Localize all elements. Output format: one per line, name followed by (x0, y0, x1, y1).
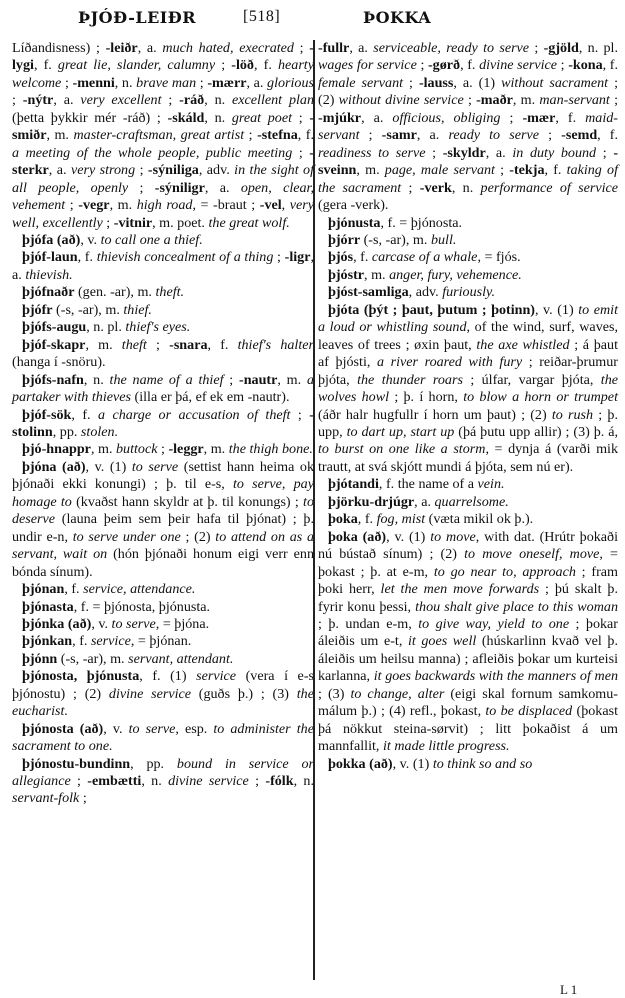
entry-text: , f. (78, 249, 97, 265)
entry-text: ; (425, 145, 442, 161)
entry-text: ; (557, 57, 568, 73)
definition: divine service (109, 686, 191, 702)
entry-text: , m. (110, 197, 137, 213)
entry-text: (-s, -ar), m. (360, 232, 431, 248)
headword: -semd (561, 127, 597, 143)
definition: bull. (431, 232, 456, 248)
entry-text: , a. (414, 494, 434, 510)
entry-text: , f. (64, 581, 83, 597)
headword: -mærr (207, 75, 246, 91)
definition: officious, obliging (392, 110, 500, 126)
entry-text: , m. (91, 441, 116, 457)
headword: þjónasta (22, 599, 74, 615)
entry-text: ; (3) (318, 686, 350, 702)
entry-text: ; (273, 249, 284, 265)
headword: þjófnaðr (22, 284, 74, 300)
definition: master-craftsman, great artist (73, 127, 244, 143)
entry-text: , f. (298, 127, 314, 143)
entry-text: (-s, -ar), m. (57, 651, 128, 667)
entry-text: (-s, -ar), m. (53, 302, 124, 318)
headword: þjónn (22, 651, 57, 667)
definition: anger, fury, vehemence. (389, 267, 522, 283)
entry-text: ; (539, 127, 561, 143)
definition: without divine service (339, 92, 464, 108)
definition: the name of a thief (110, 372, 224, 388)
entry-text: ; (403, 75, 419, 91)
headword: þjófs-augu (22, 319, 86, 335)
headword: -mjúkr (318, 110, 361, 126)
entry-text: ; (610, 92, 618, 108)
entry-text: ; (135, 162, 148, 178)
dictionary-entry: þjóstr, m. anger, fury, vehemence. (318, 267, 618, 284)
definition: a charge or accusation of theft (98, 407, 291, 423)
definition: thief's halter (238, 337, 314, 353)
headword: þjófs-nafn (22, 372, 84, 388)
definition: thief's eyes. (125, 319, 190, 335)
headword: -leggr (168, 441, 203, 457)
definition: to serve (129, 721, 176, 737)
definition: without sacrament (501, 75, 608, 91)
entry-text: ; (401, 180, 420, 196)
headword: -samr (382, 127, 417, 143)
definition: thievish. (25, 267, 72, 283)
entry-text: , = þjónan. (131, 633, 191, 649)
definition: to serve under one (73, 529, 181, 545)
definition: to move oneself, move (464, 546, 599, 562)
definition: servant, attendant. (128, 651, 233, 667)
dictionary-entry: þjónn (-s, -ar), m. servant, attendant. (12, 651, 314, 668)
dictionary-entry: þjóna (að), v. (1) to serve (settist han… (12, 459, 314, 581)
entry-text: , a. (1) (453, 75, 501, 91)
entry-text: , n. pl. (579, 40, 618, 56)
entry-text: , a. (417, 127, 449, 143)
dictionary-entry: þjóf-sök, f. a charge or accusation of t… (12, 407, 314, 442)
definition: stolen. (81, 424, 118, 440)
definition: to burst on one like a storm (318, 441, 485, 457)
entry-text: ; (157, 441, 168, 457)
entry-text: , a. (349, 40, 373, 56)
definition: to be displaced (485, 703, 572, 719)
headword: -nautr (239, 372, 277, 388)
definition: high road (137, 197, 193, 213)
definition: brave man (136, 75, 196, 91)
entry-text: ; (360, 127, 382, 143)
headword: -vegr (78, 197, 109, 213)
entry-text: , f. (603, 57, 618, 73)
dictionary-entry: þjónosta (að), v. to serve, esp. to admi… (12, 721, 314, 756)
entry-text: , f. (72, 633, 91, 649)
headword: -ligr (285, 249, 311, 265)
definition: to change, alter (350, 686, 444, 702)
dictionary-entry: þjóf-laun, f. thievish concealment of a … (12, 249, 314, 284)
dictionary-entry: þjófs-augu, n. pl. thief's eyes. (12, 319, 314, 336)
entry-text: ; (249, 773, 266, 789)
definition: excellent plan (232, 92, 314, 108)
entry-text: , n. (84, 372, 110, 388)
entry-text: ; (162, 92, 180, 108)
definition: to dart up, start up (347, 424, 455, 440)
entry-text: ; (65, 197, 78, 213)
headword: -maðr (476, 92, 513, 108)
left-column: Líðandisness) ; -leiðr, a. much hated, e… (12, 40, 314, 808)
definition: ready to serve (448, 127, 539, 143)
headword: -gørð (428, 57, 460, 73)
headword: -vel (260, 197, 282, 213)
definition: much hated, execrated (162, 40, 294, 56)
definition: it made little progress. (383, 738, 510, 754)
dictionary-entry: þokka (að), v. (1) to think so and so (318, 756, 618, 773)
dictionary-entry: þjónkan, f. service, = þjónan. (12, 633, 314, 650)
dictionary-entry: -fullr, a. serviceable, ready to serve ;… (318, 40, 618, 215)
entry-text: , m. poet. (152, 215, 208, 231)
headword: -leiðr (106, 40, 138, 56)
entry-text: , f. (353, 249, 372, 265)
entry-text: , v. (1) (86, 459, 132, 475)
entry-text: ; (529, 40, 544, 56)
headword: -sýniligr (155, 180, 205, 196)
entry-text: (þetta þykkir mér -ráð) ; (12, 110, 168, 126)
dictionary-entry: þjóf-skapr, m. theft ; -snara, f. thief'… (12, 337, 314, 372)
entry-text: , n. (452, 180, 481, 196)
entry-text: ; (128, 180, 155, 196)
entry-text: , adv. (409, 284, 443, 300)
entry-text: , f. (555, 110, 585, 126)
entry-text: , f. = þjónosta, þjónusta. (74, 599, 210, 615)
entry-text: , a. (246, 75, 267, 91)
headword: þjónka (að) (22, 616, 91, 632)
headword: þjó-hnappr (22, 441, 91, 457)
dictionary-entry: þjóta (þýt ; þaut, þutum ; þotinn), v. (… (318, 302, 618, 477)
entry-text: ; (292, 110, 309, 126)
entry-text: ; (294, 40, 309, 56)
definition: the great wolf. (208, 215, 289, 231)
entry-text: , = fjós. (477, 249, 520, 265)
definition: wages for service (318, 57, 417, 73)
dictionary-entry: þoka (að), v. (1) to move, with dat. (Hr… (318, 529, 618, 756)
entry-text: , a. (53, 92, 80, 108)
definition: performance of service (481, 180, 618, 196)
definition: great lie, slander, calumny (58, 57, 215, 73)
entry-text: , f. (208, 337, 238, 353)
definition: very excellent (80, 92, 161, 108)
headword: þjóf-sök (22, 407, 71, 423)
entry-text: (áðr halr hugfullr í horn um þaut) ; (2) (318, 407, 552, 423)
definition: thou shalt give place to this woman (415, 599, 618, 615)
entry-text: (gera -verk). (318, 197, 388, 213)
headword: -skyldr (443, 145, 486, 161)
definition: to rush (552, 407, 593, 423)
headword: -lauss (419, 75, 453, 91)
entry-text: , n. pl. (86, 319, 125, 335)
entry-text: , n. (141, 773, 168, 789)
entry-text: , m. (277, 372, 307, 388)
headword: -vitnir (114, 215, 152, 231)
definition: a meeting of the whole people, public me… (12, 145, 292, 161)
definition: to move (430, 529, 476, 545)
entry-text: , v. (1) (386, 529, 430, 545)
definition: to serve (112, 616, 156, 632)
entry-text: , m. (204, 441, 229, 457)
entry-text: , m. (513, 92, 539, 108)
entry-text: , f. (254, 57, 278, 73)
entry-text: , pp. (130, 756, 177, 772)
headword: -nýtr (23, 92, 54, 108)
entry-text: ; (61, 75, 72, 91)
entry-text: , v. (80, 232, 100, 248)
dictionary-entry: þjörku-drjúgr, a. quarrelsome. (318, 494, 618, 511)
headword: -löð (231, 57, 254, 73)
dictionary-entry: þjónasta, f. = þjónosta, þjónusta. (12, 599, 314, 616)
entry-text: , a. (205, 180, 241, 196)
headword: -skáld (168, 110, 205, 126)
headword: þjónusta (328, 215, 380, 231)
definition: the thigh bone. (229, 441, 313, 457)
entry-text: ; (500, 110, 522, 126)
entry-text: , = þjóna. (156, 616, 209, 632)
entry-text: , n. (204, 92, 232, 108)
headword: þjónosta (að) (22, 721, 103, 737)
entry-text: , esp. (175, 721, 213, 737)
entry-text: ; (71, 773, 88, 789)
entry-text: , f. the name of a (379, 476, 478, 492)
headword: -sýniliga (148, 162, 199, 178)
entry-text: , f. (545, 162, 567, 178)
entry-text: , n. (115, 75, 136, 91)
entry-text: (þá þutu upp allir) ; (3) þ. á, (454, 424, 618, 440)
entry-text: ; þ. í horn, (389, 389, 463, 405)
entry-text: Líðandisness) ; (12, 40, 106, 56)
headword: þjóst-samliga (328, 284, 409, 300)
entry-text: , f. (597, 127, 618, 143)
dictionary-entry: þjónka (að), v. to serve, = þjóna. (12, 616, 314, 633)
entry-text: , f. (1) (139, 668, 196, 684)
definition: very strong (71, 162, 135, 178)
headword: þjós (328, 249, 353, 265)
headword: -ráð (179, 92, 204, 108)
headword: þjónosta, þjónusta (22, 668, 139, 684)
headword: þoka (328, 511, 358, 527)
page-header: ÞJÓÐ-LEIÐR [518] ÞOKKA (0, 0, 625, 34)
page-number: [518] (243, 8, 280, 26)
entry-text: , f. (358, 511, 377, 527)
headword: -snara (169, 337, 207, 353)
definition: serviceable, ready to serve (373, 40, 529, 56)
headword: -fólk (265, 773, 293, 789)
headword: þjófr (22, 302, 53, 318)
headword: þjónostu-bundinn (22, 756, 130, 772)
headword: -kona (568, 57, 602, 73)
headword: þoka (að) (328, 529, 386, 545)
definition: fog, mist (377, 511, 426, 527)
entry-text: , f. = þjónosta. (380, 215, 462, 231)
right-column: -fullr, a. serviceable, ready to serve ;… (318, 40, 618, 773)
definition: thief. (123, 302, 152, 318)
definition: service, attendance. (83, 581, 195, 597)
entry-text: ; þ. undan e-m, (318, 616, 418, 632)
entry-text: (væta mikil ok þ.). (425, 511, 533, 527)
dictionary-entry: þjófa (að), v. to call one a thief. (12, 232, 314, 249)
dictionary-entry: þoka, f. fog, mist (væta mikil ok þ.). (318, 511, 618, 528)
dictionary-entry: þjó-hnappr, m. buttock ; -leggr, m. the … (12, 441, 314, 458)
definition: theft (122, 337, 147, 353)
definition: glorious (267, 75, 314, 91)
entry-text: (hanga í -snöru). (12, 354, 106, 370)
definition: readiness to serve (318, 145, 425, 161)
dictionary-entry: þjófr (-s, -ar), m. thief. (12, 302, 314, 319)
dictionary-entry: þjónusta, f. = þjónosta. (318, 215, 618, 232)
definition: let the men move forwards (381, 581, 540, 597)
headword: -mær (522, 110, 555, 126)
definition: to blow a horn or trumpet (463, 389, 618, 405)
definition: thievish concealment of a thing (97, 249, 274, 265)
headword: þjórr (328, 232, 360, 248)
entry-text: ; (417, 57, 428, 73)
headword: -embætti (87, 773, 141, 789)
definition: service (196, 668, 236, 684)
headword: -menni (73, 75, 115, 91)
definition: female servant (318, 75, 403, 91)
definition: a river roared with fury (377, 354, 522, 370)
entry-text: , n. (294, 773, 314, 789)
entry-text: (guðs þ.) ; (3) (191, 686, 297, 702)
definition: in duty bound (512, 145, 596, 161)
entry-text: , f. (34, 57, 58, 73)
entry-text: , v. (1) (535, 302, 578, 318)
entry-text: , a. (361, 110, 392, 126)
definition: to serve (132, 459, 178, 475)
headword: þjóf-skapr (22, 337, 85, 353)
definition: to think so and so (433, 756, 532, 772)
entry-text: , m. (85, 337, 121, 353)
dictionary-entry: þjónan, f. service, attendance. (12, 581, 314, 598)
entry-text: (illa er þá, ef ek em -nautr). (131, 389, 289, 405)
column-divider (313, 40, 315, 980)
entry-text: , v. (103, 721, 128, 737)
dictionary-entry: þjóst-samliga, adv. furiously. (318, 284, 618, 301)
definition: vein. (478, 476, 505, 492)
definition: to go near to, approach (434, 564, 576, 580)
entry-text: , m. (364, 267, 389, 283)
entry-text: ; (495, 162, 509, 178)
entry-text: , m. (46, 127, 73, 143)
headword: -tekja (509, 162, 544, 178)
definition: theft. (155, 284, 184, 300)
definition: divine service (479, 57, 557, 73)
entry-text: , = -braut ; (192, 197, 259, 213)
entry-text: , a. (138, 40, 163, 56)
definition: to give way, yield to one (418, 616, 569, 632)
headword: þjóta (þýt ; þaut, þutum ; þotinn) (328, 302, 535, 318)
entry-text: ; (290, 407, 309, 423)
headword: -stefna (257, 127, 298, 143)
entry-text: ; (2) (181, 529, 216, 545)
definition: buttock (116, 441, 157, 457)
dictionary-entry: þjós, f. carcase of a whale, = fjós. (318, 249, 618, 266)
definition: servant-folk (12, 790, 79, 806)
definition: the thunder roars (357, 372, 463, 388)
entry-text: ; (464, 92, 476, 108)
definition: the axe whistled (476, 337, 569, 353)
definition: service (91, 633, 131, 649)
headword: þjóna (að) (22, 459, 86, 475)
headword: -gjöld (544, 40, 579, 56)
entry-text: , f. (460, 57, 479, 73)
dictionary-entry: þjófs-nafn, n. the name of a thief ; -na… (12, 372, 314, 407)
right-guide-word: ÞOKKA (363, 8, 431, 27)
dictionary-entry: þjónosta, þjónusta, f. (1) service (vera… (12, 668, 314, 720)
headword: þjóstr (328, 267, 364, 283)
entry-text: ; (244, 127, 257, 143)
headword: þokka (að) (328, 756, 393, 772)
entry-text: , a. (486, 145, 513, 161)
definition: great poet (232, 110, 292, 126)
entry-text: ; (103, 215, 114, 231)
dictionary-entry: þjótandi, f. the name of a vein. (318, 476, 618, 493)
entry-text: , pp. (53, 424, 81, 440)
headword: þjóf-laun (22, 249, 78, 265)
definition: man-servant (539, 92, 609, 108)
entry-text: , adv. (199, 162, 234, 178)
entry-text: ; úlfar, vargar þjóta, (463, 372, 601, 388)
entry-text: , v. (91, 616, 111, 632)
headword: þjófa (að) (22, 232, 80, 248)
definition: furiously. (442, 284, 495, 300)
entry-text: , f. (71, 407, 98, 423)
dictionary-entry: þjórr (-s, -ar), m. bull. (318, 232, 618, 249)
entry-text: ; (596, 145, 613, 161)
entry-text: , a. (49, 162, 71, 178)
signature-mark: L 1 (560, 982, 577, 998)
definition: divine service (168, 773, 249, 789)
entry-text: ; (292, 145, 309, 161)
entry-text: ; (147, 337, 169, 353)
entry-text: ; (215, 57, 231, 73)
definition: quarrelsome. (435, 494, 509, 510)
entry-text: , n. (204, 110, 231, 126)
definition: it goes well (408, 633, 476, 649)
entry-text: (gen. -ar), m. (74, 284, 155, 300)
definition: it goes backwards with the manners of me… (374, 668, 618, 684)
dictionary-entry: Líðandisness) ; -leiðr, a. much hated, e… (12, 40, 314, 232)
left-guide-word: ÞJÓÐ-LEIÐR (78, 8, 196, 27)
headword: -fullr (318, 40, 349, 56)
headword: þjörku-drjúgr (328, 494, 414, 510)
headword: þjónan (22, 581, 64, 597)
entry-text: (kvaðst hann skyldr at þ. til konungs) ; (72, 494, 303, 510)
definition: to call one a thief. (101, 232, 203, 248)
entry-text: , (282, 197, 290, 213)
headword: þjótandi (328, 476, 379, 492)
dictionary-entry: þjónostu-bundinn, pp. bound in service o… (12, 756, 314, 808)
entry-text: , v. (1) (393, 756, 433, 772)
entry-text: ; (196, 75, 207, 91)
entry-text: ; (224, 372, 240, 388)
entry-text: ; (79, 790, 86, 806)
entry-text: ; (12, 92, 23, 108)
headword: þjónkan (22, 633, 72, 649)
headword: -verk (420, 180, 452, 196)
dictionary-entry: þjófnaðr (gen. -ar), m. theft. (12, 284, 314, 301)
definition: page, male servant (385, 162, 495, 178)
entry-text: , m. (356, 162, 384, 178)
definition: carcase of a whale (372, 249, 478, 265)
